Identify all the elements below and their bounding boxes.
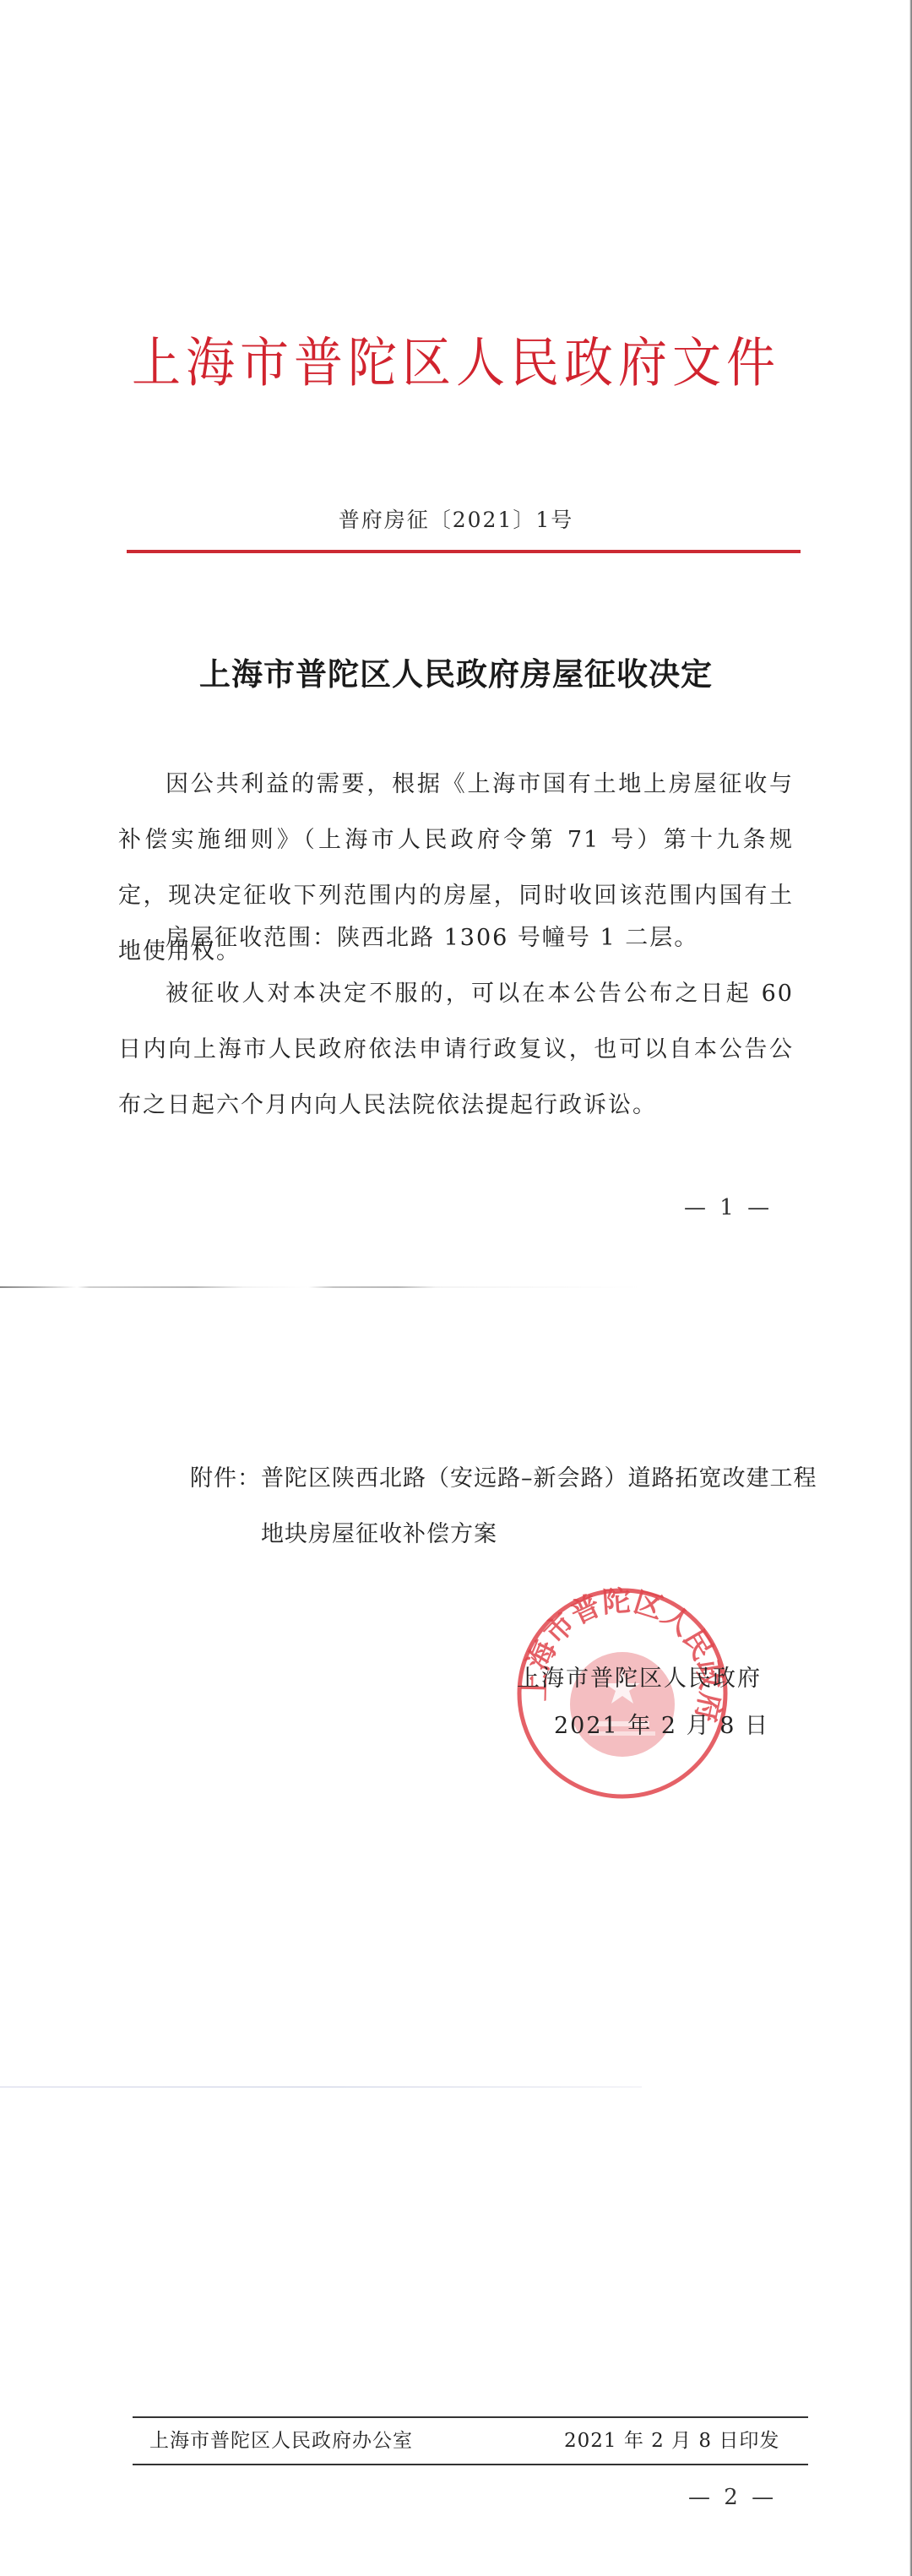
paragraph-appeal: 被征收人对本决定不服的，可以在本公告公布之日起 60 日内向上海市人民政府依法申… bbox=[118, 966, 794, 1133]
footer-bottom-rule bbox=[133, 2464, 808, 2465]
page-break-divider bbox=[0, 1286, 642, 1288]
signature-block: 上海市普陀区人民政府 2021 年 2 月 8 日 bbox=[517, 1655, 769, 1750]
footer-top-rule bbox=[133, 2416, 808, 2418]
attachment-title: 普陀区陕西北路（安远路–新会路）道路拓宽改建工程地块房屋征收补偿方案 bbox=[261, 1451, 832, 1562]
scan-artifact-line bbox=[0, 2086, 642, 2088]
signature-organization: 上海市普陀区人民政府 bbox=[517, 1655, 769, 1703]
document-heading: 上海市普陀区人民政府房屋征收决定 bbox=[0, 649, 912, 694]
issuer-title: 上海市普陀区人民政府文件 bbox=[0, 319, 912, 397]
page-number-1: — 1 — bbox=[684, 1195, 773, 1220]
page-number-2: — 2 — bbox=[688, 2485, 777, 2510]
red-divider-rule bbox=[127, 550, 801, 553]
attachment-label: 附件： bbox=[190, 1451, 261, 1562]
footer-issue-date: 2021 年 2 月 8 日印发 bbox=[564, 2425, 779, 2453]
paragraph-scope: 房屋征收范围：陕西北路 1306 号幢号 1 二层。 bbox=[118, 910, 794, 966]
signature-date: 2021 年 2 月 8 日 bbox=[517, 1703, 769, 1750]
footer-office: 上海市普陀区人民政府办公室 bbox=[149, 2425, 413, 2453]
document-number: 普府房征〔2021〕1号 bbox=[0, 503, 912, 534]
attachment-block: 附件： 普陀区陕西北路（安远路–新会路）道路拓宽改建工程地块房屋征收补偿方案 bbox=[190, 1451, 832, 1562]
